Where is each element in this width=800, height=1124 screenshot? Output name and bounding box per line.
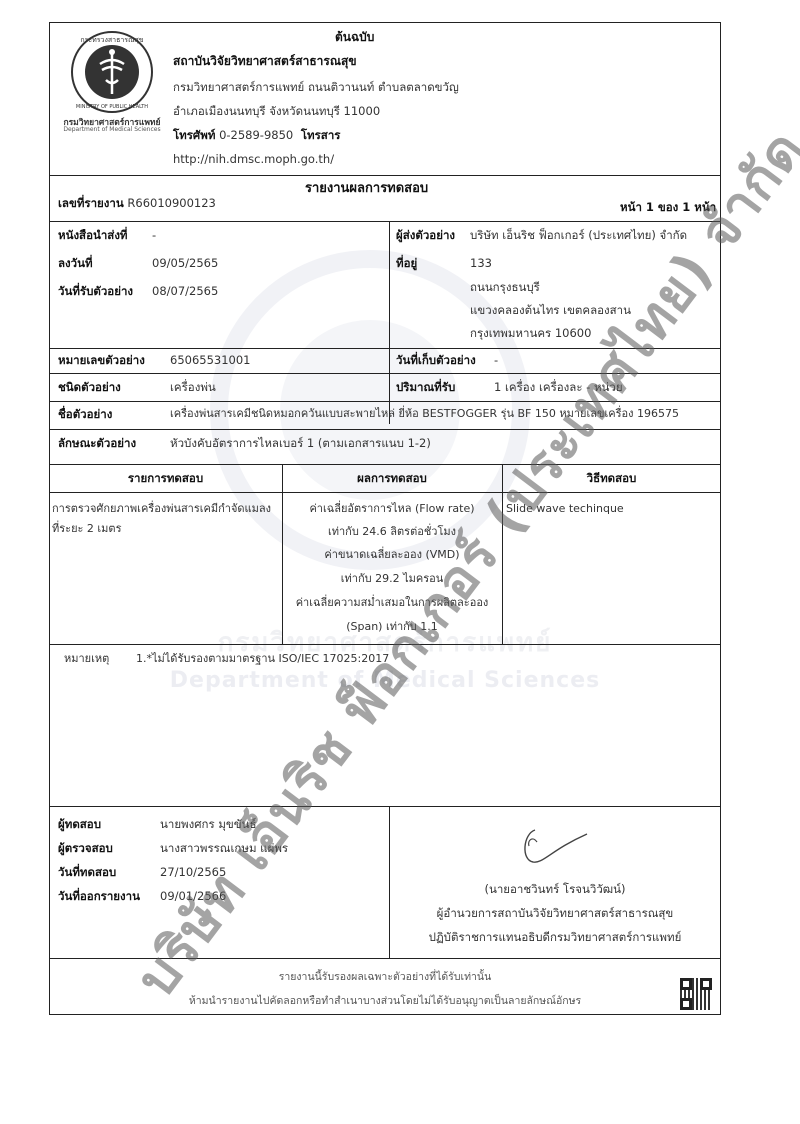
logo-dept-en: Department of Medical Sciences	[58, 126, 166, 133]
sample-no-value: 65065531001	[170, 353, 250, 367]
test-item-line: การตรวจศักยภาพเครื่องพ่นสารเคมีกำจัดแมลง	[52, 502, 271, 516]
quantity-value: 1 เครื่อง เครื่องละ - หน่วย	[494, 380, 623, 394]
result-line: ค่าเฉลี่ยอัตราการไหล (Flow rate)	[282, 502, 502, 516]
qr-code-icon[interactable]	[680, 978, 712, 1010]
sample-type-label: ชนิดตัวอย่าง	[58, 380, 121, 394]
address-line: ถนนกรุงธนบุรี	[470, 280, 540, 294]
report-number-label: เลขที่รายงาน	[58, 196, 124, 210]
sample-desc-value: หัวบังคับอัตราการไหลเบอร์ 1 (ตามเอกสารแน…	[170, 436, 431, 450]
report-number: เลขที่รายงาน R66010900123	[58, 196, 216, 210]
collected-value: -	[494, 353, 498, 367]
issue-date-label: วันที่ออกรายงาน	[58, 889, 140, 903]
address-line-2: อำเภอเมืองนนทบุรี จังหวัดนนทบุรี 11000	[173, 104, 380, 118]
issue-date-value: 09/01/2566	[160, 889, 226, 903]
sender-value: บริษัท เอ็นริช ฟ็อกเกอร์ (ประเทศไทย) จำก…	[470, 228, 687, 242]
website-link[interactable]: http://nih.dmsc.moph.go.th/	[173, 152, 334, 166]
phone-label: โทรศัพท์	[173, 128, 215, 142]
signer-title-1: ผู้อำนวยการสถาบันวิจัยวิทยาศาสตร์สาธารณส…	[389, 906, 721, 920]
sender-label: ผู้ส่งตัวอย่าง	[396, 228, 455, 242]
address-label: ที่อยู่	[396, 256, 417, 270]
col-header-method: วิธีทดสอบ	[502, 471, 721, 485]
phone-number: 0-2589-9850	[219, 128, 293, 142]
sample-no-label: หมายเลขตัวอย่าง	[58, 353, 145, 367]
result-line: เท่ากับ 29.2 ไมครอน	[282, 572, 502, 586]
received-label: วันที่รับตัวอย่าง	[58, 284, 133, 298]
test-item-line: ที่ระยะ 2 เมตร	[52, 522, 121, 536]
sample-name-label: ชื่อตัวอย่าง	[58, 407, 112, 421]
footer-line-2: ห้ามนำรายงานไปคัดลอกหรือทำสำเนาบางส่วนโด…	[49, 994, 721, 1008]
remarks-label: หมายเหตุ	[64, 652, 109, 666]
tester-label: ผู้ทดสอบ	[58, 817, 101, 831]
method-value: Slide wave techinque	[506, 502, 624, 516]
report-frame	[49, 22, 721, 1015]
dated-value: 09/05/2565	[152, 256, 218, 270]
col-header-test-item: รายการทดสอบ	[49, 471, 282, 485]
result-line: ค่าขนาดเฉลี่ยละออง (VMD)	[282, 548, 502, 562]
report-number-value: R66010900123	[127, 196, 215, 210]
footer-line-1: รายงานนี้รับรองผลเฉพาะตัวอย่างที่ได้รับเ…	[49, 970, 721, 984]
tester-value: นายพงศกร มุขขันธ์	[160, 817, 257, 831]
result-line: (Span) เท่ากับ 1.1	[282, 620, 502, 634]
address-line-1: กรมวิทยาศาสตร์การแพทย์ ถนนติวานนท์ ตำบลต…	[173, 80, 459, 94]
received-value: 08/07/2565	[152, 284, 218, 298]
svg-text:กระทรวงสาธารณสุข: กระทรวงสาธารณสุข	[80, 36, 143, 44]
quantity-label: ปริมาณที่รับ	[396, 380, 455, 394]
reviewer-label: ผู้ตรวจสอบ	[58, 841, 113, 855]
institute-name: สถาบันวิจัยวิทยาศาสตร์สาธารณสุข	[173, 54, 357, 68]
sample-type-value: เครื่องพ่น	[170, 380, 216, 394]
remarks-text: 1.*ไม่ได้รับรองตามมาตรฐาน ISO/IEC 17025:…	[136, 652, 389, 666]
address-line: 133	[470, 256, 492, 270]
address-line: แขวงคลองต้นไทร เขตคลองสาน	[470, 303, 631, 317]
fax-label: โทรสาร	[301, 128, 341, 142]
letter-no-label: หนังสือนำส่งที่	[58, 228, 128, 242]
address-line: กรุงเทพมหานคร 10600	[470, 326, 591, 340]
col-header-result: ผลการทดสอบ	[282, 471, 502, 485]
result-line: ค่าเฉลี่ยความสม่ำเสมอในการผลิตละออง	[282, 596, 502, 610]
contact-line: โทรศัพท์ 0-2589-9850 โทรสาร	[173, 128, 340, 142]
signer-name: (นายอาชวินทร์ โรจนวิวัฒน์)	[389, 882, 721, 896]
result-line: เท่ากับ 24.6 ลิตรต่อชั่วโมง	[282, 525, 502, 539]
letter-no-value: -	[152, 228, 156, 242]
test-date-value: 27/10/2565	[160, 865, 226, 879]
reviewer-value: นางสาวพรรณเกษม แผ่พร	[160, 841, 288, 855]
dated-label: ลงวันที่	[58, 256, 93, 270]
sample-name-value: เครื่องพ่นสารเคมีชนิดหมอกควันแบบสะพายไหล…	[170, 407, 679, 421]
svg-text:MINISTRY OF PUBLIC HEALTH: MINISTRY OF PUBLIC HEALTH	[76, 104, 148, 110]
ministry-seal-logo-icon: กระทรวงสาธารณสุข MINISTRY OF PUBLIC HEAL…	[70, 30, 154, 114]
sample-desc-label: ลักษณะตัวอย่าง	[58, 436, 136, 450]
report-title: รายงานผลการทดสอบ	[305, 182, 428, 196]
copy-label: ต้นฉบับ	[335, 30, 374, 44]
signer-title-2: ปฏิบัติราชการแทนอธิบดีกรมวิทยาศาสตร์การแ…	[389, 930, 721, 944]
page-info: หน้า 1 ของ 1 หน้า	[620, 200, 716, 214]
signature-icon	[515, 820, 595, 872]
collected-label: วันที่เก็บตัวอย่าง	[396, 353, 476, 367]
test-date-label: วันที่ทดสอบ	[58, 865, 116, 879]
